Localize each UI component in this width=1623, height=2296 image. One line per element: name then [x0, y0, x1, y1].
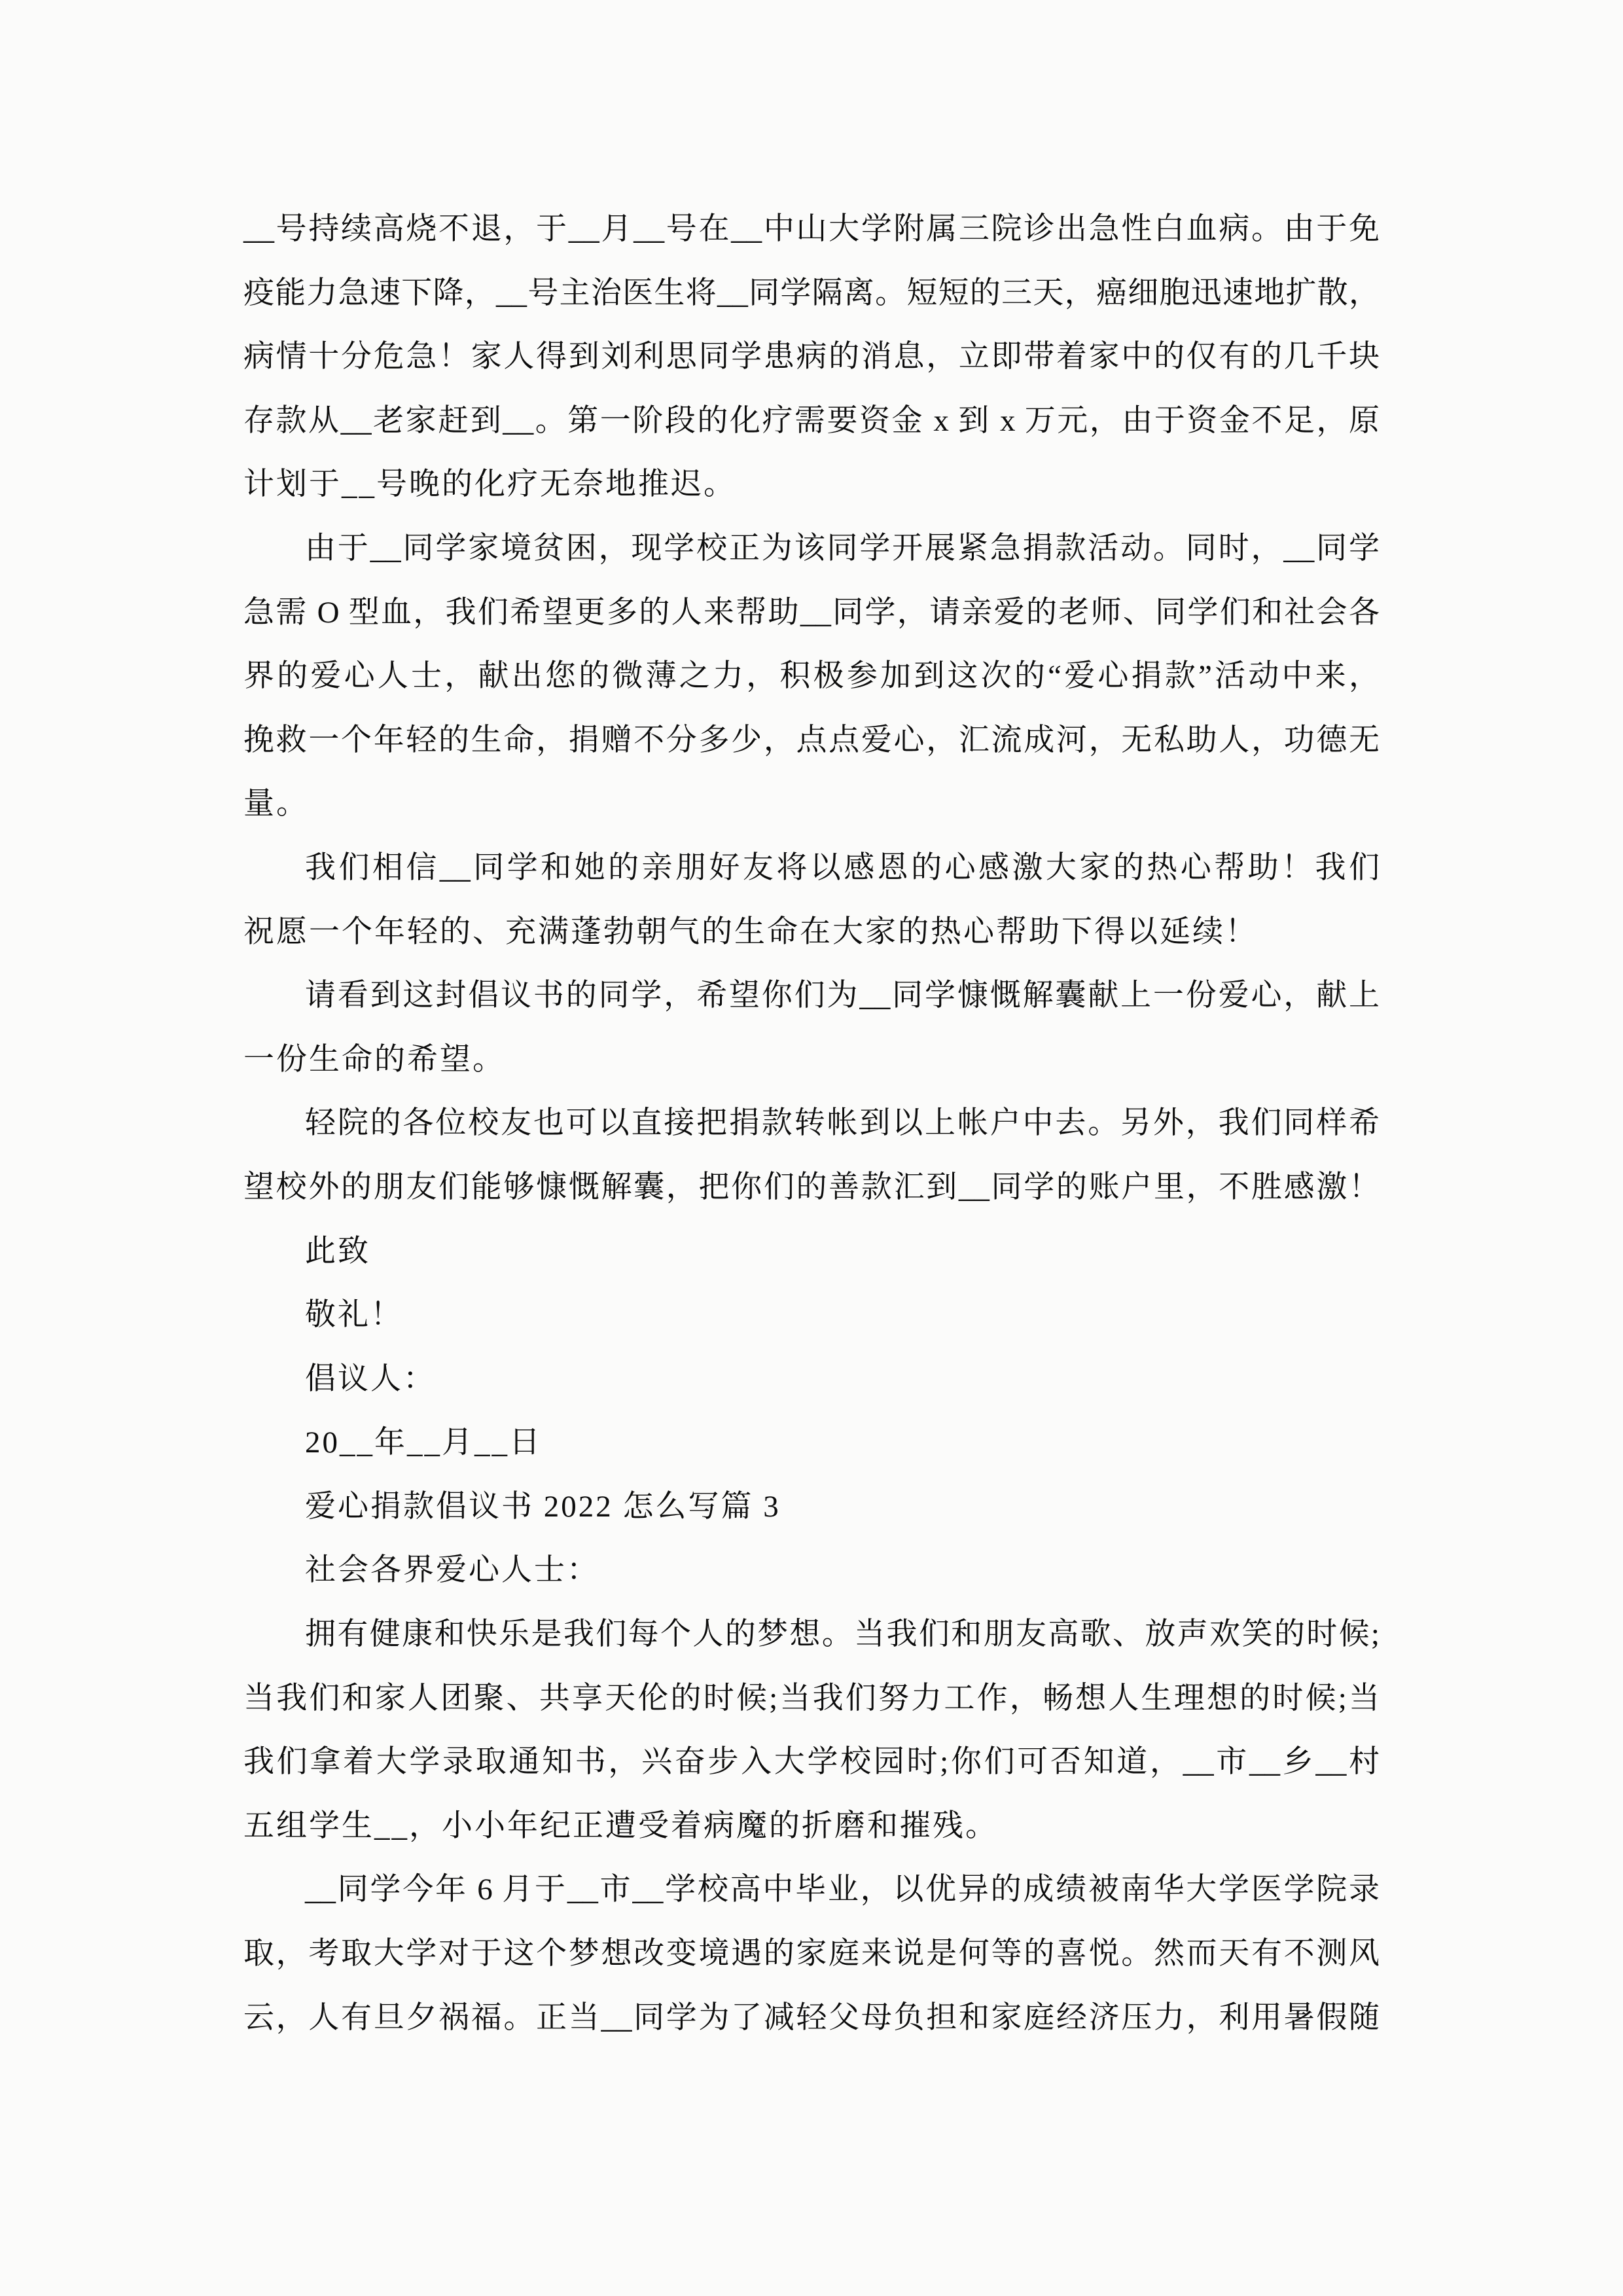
text-line: __同学今年 6 月于__市__学校高中毕业，以优异的成绩被南华大学医学院录 — [243, 1858, 1380, 1922]
text-line: 存款从__老家赶到__。第一阶段的化疗需要资金 x 到 x 万元，由于资金不足，… — [243, 389, 1380, 454]
text-line: 敬礼！ — [243, 1283, 1380, 1348]
text-line: 界的爱心人士，献出您的微薄之力，积极参加到这次的“爱心捐款”活动中来， — [243, 645, 1380, 709]
document-body: __号持续高烧不退，于__月__号在__中山大学附属三院诊出急性白血病。由于免疫… — [243, 198, 1380, 2050]
text-line: 病情十分危急！家人得到刘利思同学患病的消息，立即带着家中的仅有的几千块 — [243, 325, 1380, 389]
text-line: 疫能力急速下降，__号主治医生将__同学隔离。短短的三天，癌细胞迅速地扩散， — [243, 262, 1380, 326]
text-line: 望校外的朋友们能够慷慨解囊，把你们的善款汇到__同学的账户里，不胜感激！ — [243, 1156, 1380, 1220]
text-line: 急需 O 型血，我们希望更多的人来帮助__同学，请亲爱的老师、同学们和社会各 — [243, 581, 1380, 645]
document-page: __号持续高烧不退，于__月__号在__中山大学附属三院诊出急性白血病。由于免疫… — [0, 0, 1623, 2296]
text-line: 此致 — [243, 1220, 1380, 1284]
text-line: 拥有健康和快乐是我们每个人的梦想。当我们和朋友高歌、放声欢笑的时候; — [243, 1603, 1380, 1667]
text-line: 请看到这封倡议书的同学，希望你们为__同学慷慨解囊献上一份爱心，献上 — [243, 964, 1380, 1028]
text-line: 由于__同学家境贫困，现学校正为该同学开展紧急捐款活动。同时，__同学 — [243, 517, 1380, 581]
text-line: 爱心捐款倡议书 2022 怎么写篇 3 — [243, 1475, 1380, 1539]
text-line: 挽救一个年轻的生命，捐赠不分多少，点点爱心，汇流成河，无私助人，功德无 — [243, 709, 1380, 773]
text-line: 当我们和家人团聚、共享天伦的时候;当我们努力工作，畅想人生理想的时候;当 — [243, 1667, 1380, 1731]
text-line: 云，人有旦夕祸福。正当__同学为了减轻父母负担和家庭经济压力，利用暑假随 — [243, 1986, 1380, 2051]
text-line: 一份生命的希望。 — [243, 1028, 1380, 1092]
text-line: 计划于__号晚的化疗无奈地推迟。 — [243, 453, 1380, 517]
text-line: 量。 — [243, 772, 1380, 836]
text-line: 社会各界爱心人士： — [243, 1539, 1380, 1603]
text-line: 我们拿着大学录取通知书，兴奋步入大学校园时;你们可否知道，__市__乡__村 — [243, 1731, 1380, 1795]
text-line: __号持续高烧不退，于__月__号在__中山大学附属三院诊出急性白血病。由于免 — [243, 198, 1380, 262]
text-line: 取，考取大学对于这个梦想改变境遇的家庭来说是何等的喜悦。然而天有不测风 — [243, 1922, 1380, 1986]
text-line: 五组学生__，小小年纪正遭受着病魔的折磨和摧残。 — [243, 1795, 1380, 1859]
text-line: 倡议人： — [243, 1348, 1380, 1412]
text-line: 祝愿一个年轻的、充满蓬勃朝气的生命在大家的热心帮助下得以延续！ — [243, 901, 1380, 965]
text-line: 轻院的各位校友也可以直接把捐款转帐到以上帐户中去。另外，我们同样希 — [243, 1092, 1380, 1156]
text-line: 我们相信__同学和她的亲朋好友将以感恩的心感激大家的热心帮助！我们 — [243, 836, 1380, 901]
text-line: 20__年__月__日 — [243, 1411, 1380, 1475]
